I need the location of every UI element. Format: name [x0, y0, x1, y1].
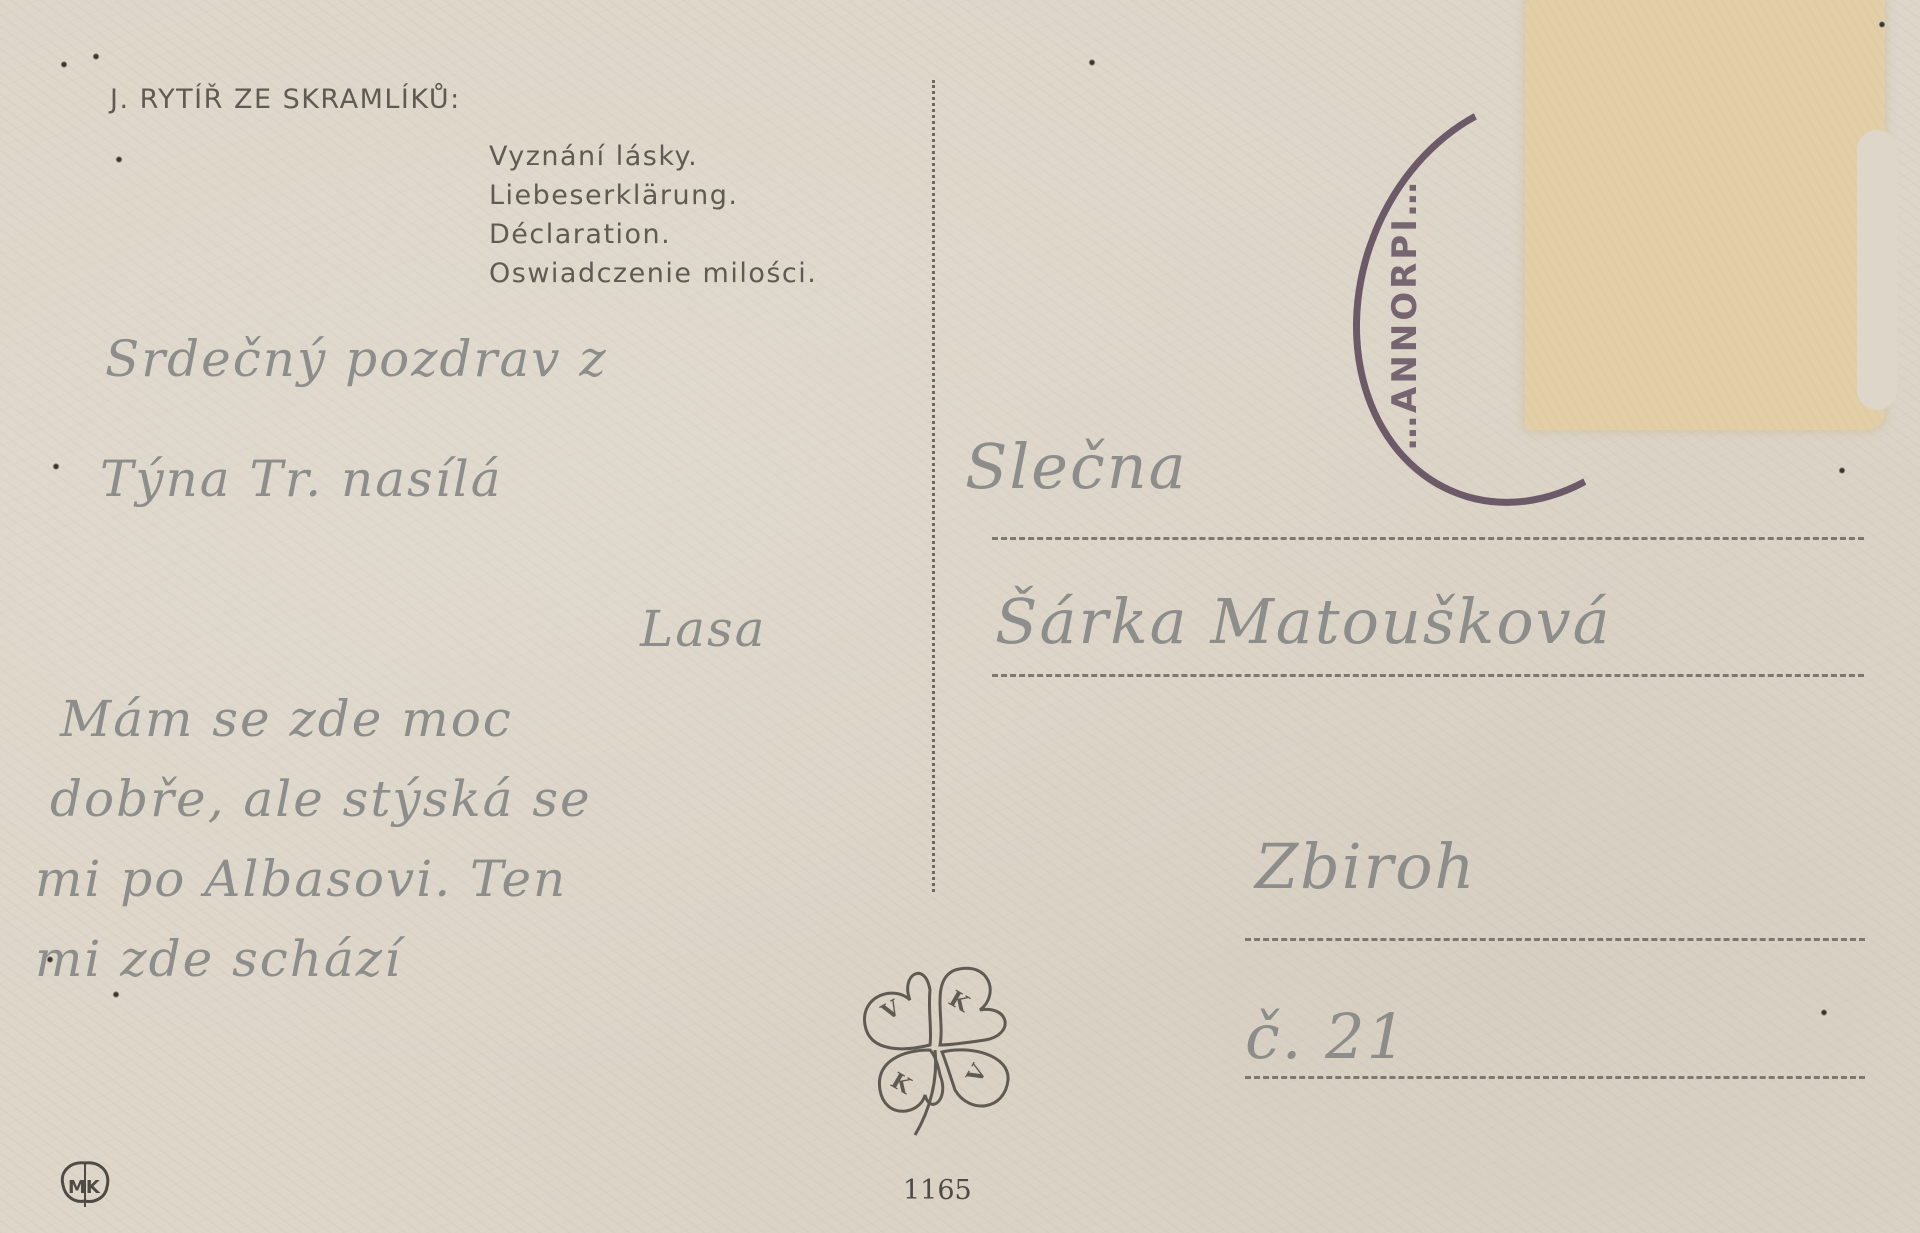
- svg-text:V: V: [876, 995, 905, 1027]
- serial-number: 1165: [903, 1175, 972, 1206]
- four-leaf-clover-icon: V K K V: [850, 950, 1020, 1150]
- address-salutation: Slečna: [965, 430, 1188, 503]
- title-czech: Vyznání lásky.: [489, 137, 817, 176]
- message-line: dobře, ale stýská se: [50, 770, 592, 828]
- svg-text:K: K: [886, 1068, 916, 1101]
- card-title-list: Vyznání lásky. Liebeserklärung. Déclarat…: [489, 137, 817, 293]
- pin-hole: [46, 955, 54, 964]
- title-french: Déclaration.: [489, 215, 817, 254]
- title-german: Liebeserklärung.: [489, 176, 817, 215]
- address-line-2: [992, 674, 1864, 677]
- message-line: Srdečný pozdrav z: [105, 330, 608, 388]
- postmark-text: …ANNORPI…: [1385, 150, 1585, 450]
- pin-hole: [52, 462, 60, 471]
- pin-hole: [60, 60, 68, 69]
- publisher-logo-icon: MK: [55, 1155, 115, 1210]
- message-line: mi zde schází: [35, 930, 402, 988]
- pin-hole: [1088, 58, 1096, 67]
- title-polish: Oswiadczenie milości.: [489, 254, 817, 293]
- svg-text:K: K: [944, 986, 974, 1019]
- postcard-back: J. RYTÍŘ ZE SKRAMLÍKŮ: Vyznání lásky. Li…: [0, 0, 1920, 1233]
- pin-hole: [92, 52, 100, 61]
- center-divider: [932, 80, 935, 892]
- message-signature: Lasa: [640, 600, 766, 658]
- address-town: Zbiroh: [1255, 830, 1477, 903]
- svg-text:V: V: [961, 1059, 993, 1088]
- pin-hole: [112, 990, 120, 999]
- pin-hole: [1820, 1008, 1828, 1017]
- address-line-3: [1245, 938, 1865, 941]
- address-line-1: [992, 537, 1864, 540]
- pin-hole: [1838, 466, 1846, 475]
- publisher-heading: J. RYTÍŘ ZE SKRAMLÍKŮ:: [110, 84, 461, 115]
- pin-hole: [1878, 20, 1886, 29]
- message-line: Mám se zde moc: [60, 690, 513, 748]
- message-line: Týna Tr. nasílá: [100, 450, 503, 508]
- message-line: mi po Albasovi. Ten: [35, 850, 567, 908]
- address-name: Šárka Matoušková: [995, 585, 1612, 658]
- pin-hole: [115, 155, 123, 164]
- address-line-4: [1245, 1076, 1865, 1079]
- address-house-number: č. 21: [1245, 1000, 1408, 1073]
